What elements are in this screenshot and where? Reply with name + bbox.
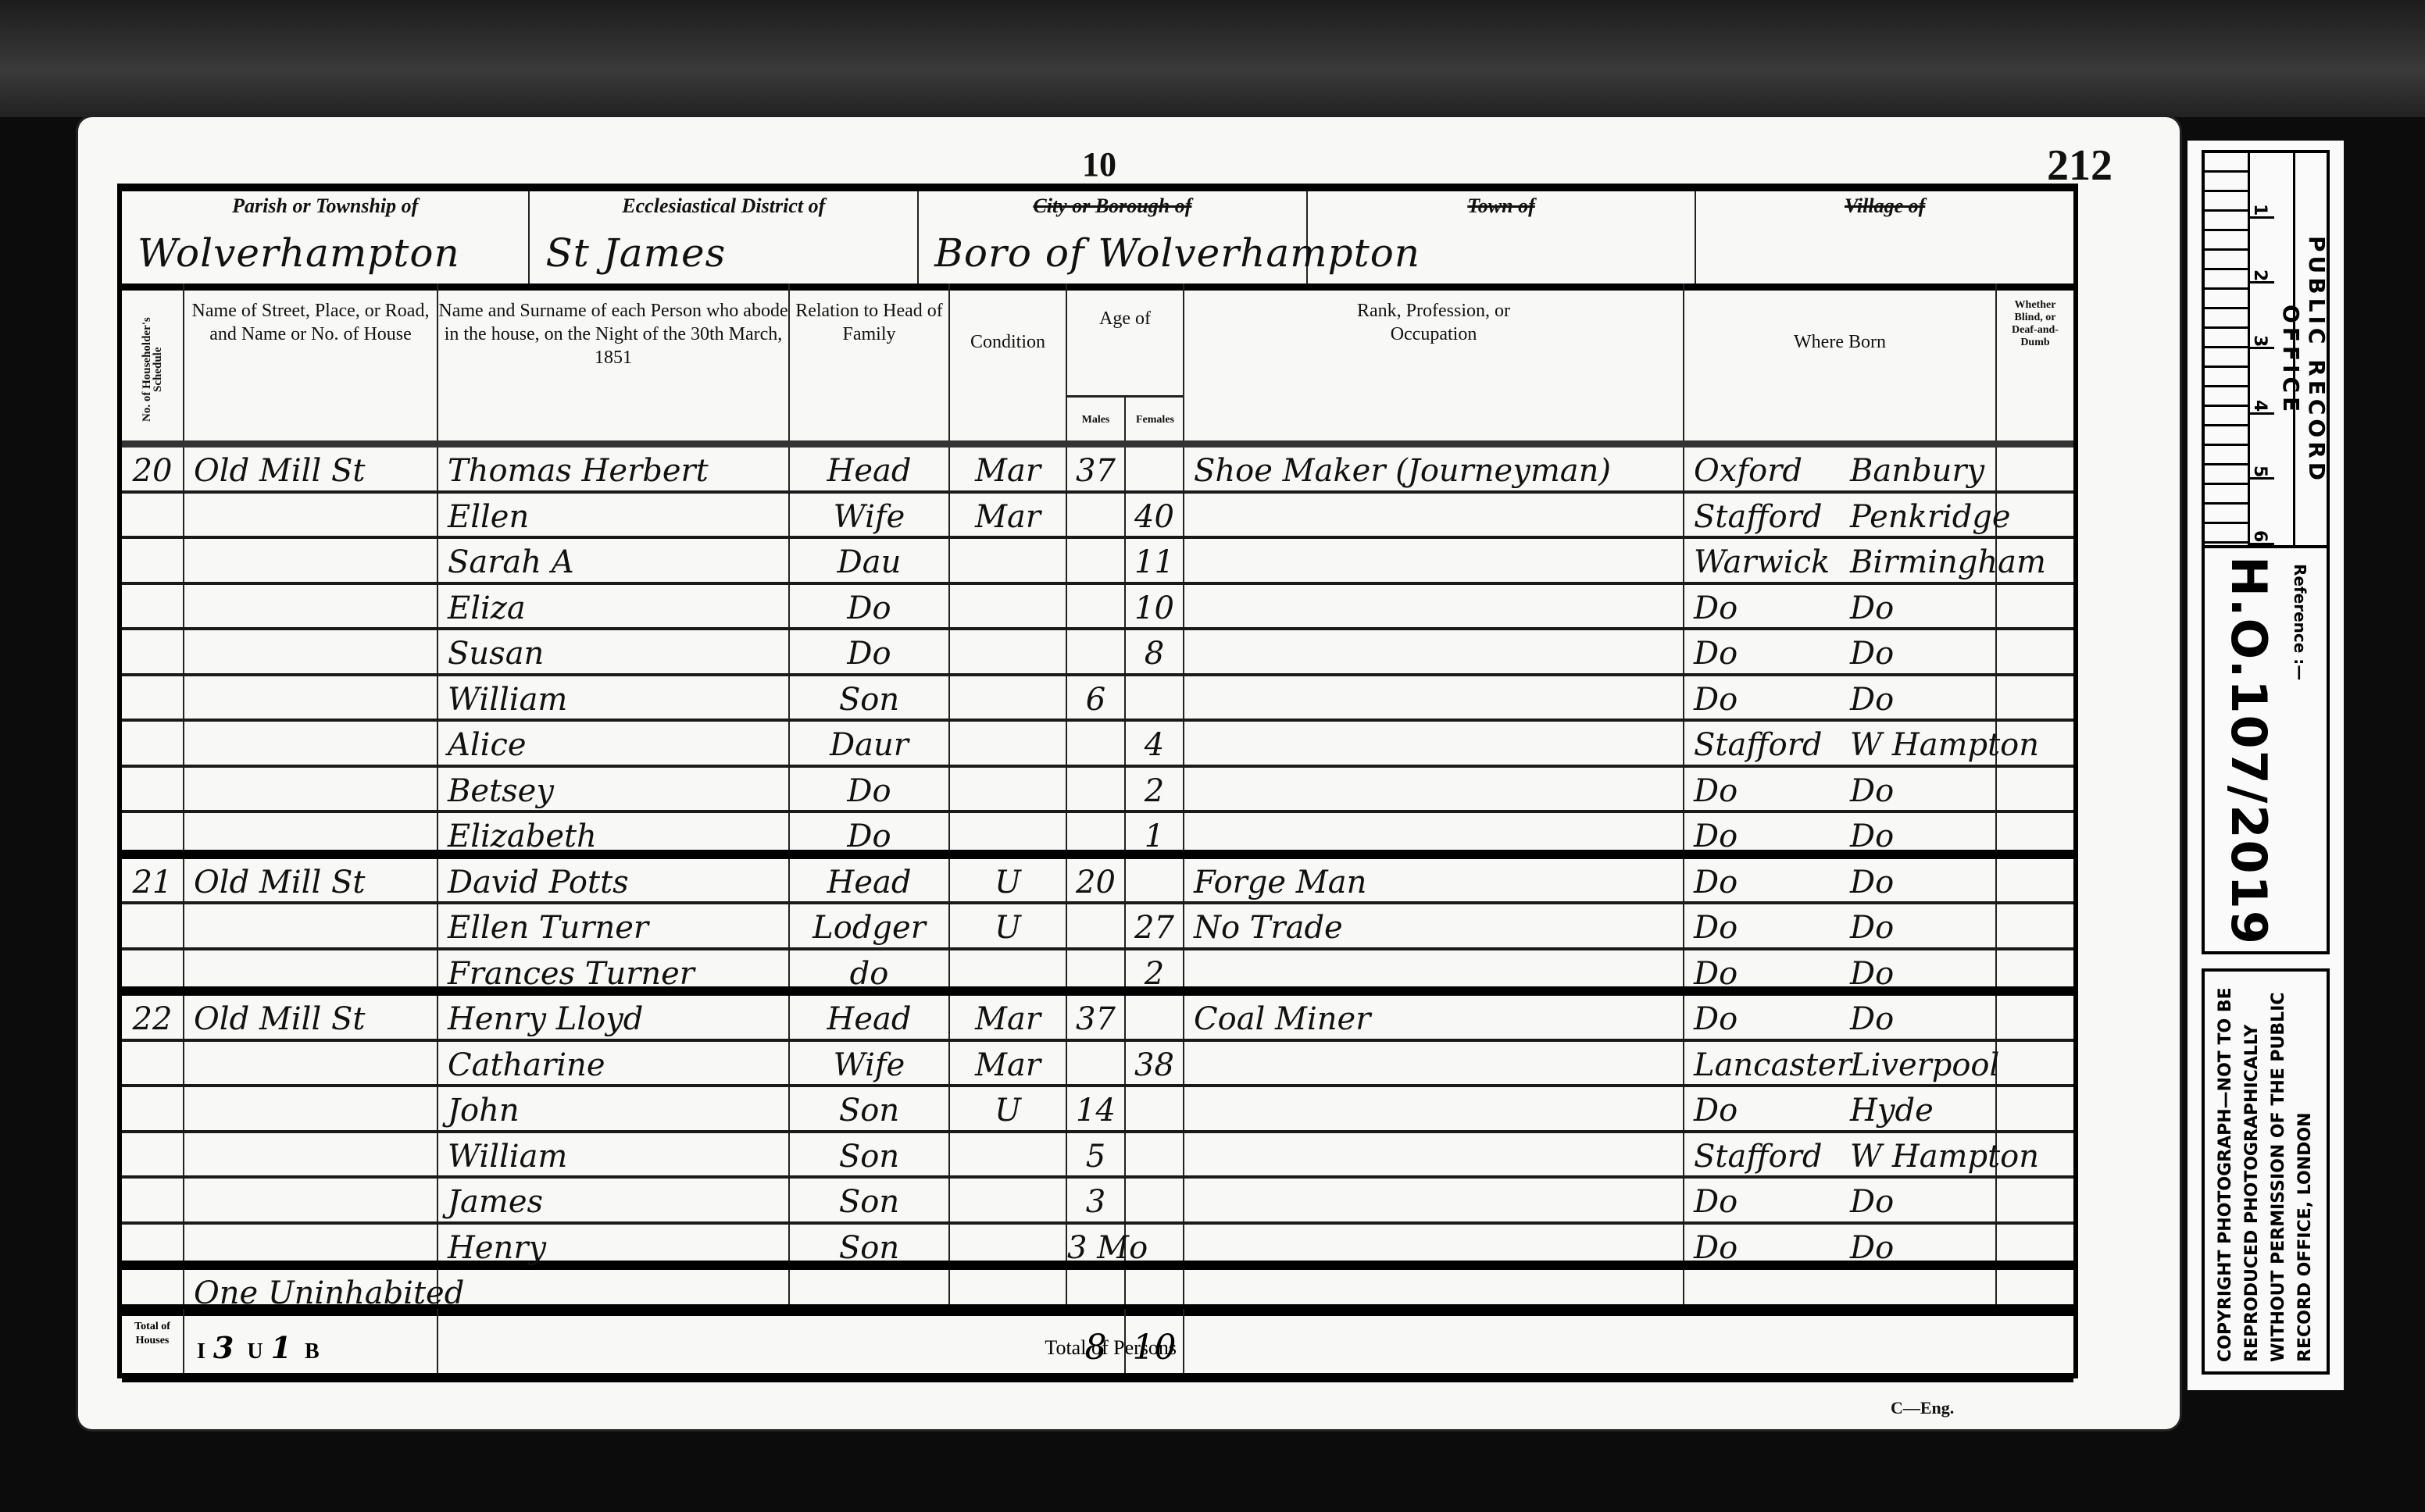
relation-cell: Son	[790, 1225, 950, 1261]
scan-background	[0, 0, 2425, 117]
age-female-cell: 2	[1126, 950, 1184, 987]
age-female-cell: 4	[1126, 722, 1184, 765]
born-county: Stafford	[1694, 1133, 1850, 1180]
born-place: Do	[1850, 865, 1894, 900]
blind-deaf-cell	[1997, 996, 2073, 1039]
blind-deaf-cell	[1997, 859, 2073, 902]
born-county: Do	[1694, 996, 1850, 1043]
occupation-cell	[1184, 950, 1684, 987]
table-row: CatharineWifeMar38LancasterLiverpool	[122, 1042, 2073, 1088]
occupation-cell	[1184, 722, 1684, 765]
born-county: Do	[1694, 676, 1850, 723]
census-rows: 20Old Mill StThomas HerbertHeadMar37Shoe…	[122, 448, 2073, 1316]
born-county: Do	[1694, 585, 1850, 632]
where-born-cell: DoDo	[1684, 996, 1997, 1039]
born-place: Do	[1850, 590, 1894, 626]
relation-cell: Head	[790, 859, 950, 902]
town-label: Town of	[1308, 194, 1695, 218]
person-name-cell: Elizabeth	[438, 813, 790, 850]
schedule-number-cell	[122, 1270, 184, 1307]
street-name-cell	[184, 630, 438, 673]
relation-cell: Wife	[790, 1042, 950, 1085]
condition-cell: Mar	[950, 1042, 1067, 1085]
born-county: Do	[1694, 1225, 1850, 1271]
table-row: ElizabethDo1DoDo	[122, 813, 2073, 859]
town-cell: Town of	[1308, 191, 1697, 283]
table-row: BetseyDo2DoDo	[122, 768, 2073, 814]
born-place: Hyde	[1850, 1093, 1934, 1129]
occupation-cell	[1184, 539, 1684, 582]
where-born-cell: DoDo	[1684, 950, 1997, 987]
ruler-cm-mark: 5	[2250, 415, 2274, 480]
schedule-number-cell	[122, 1225, 184, 1261]
where-born-cell: StaffordW Hampton	[1684, 1133, 1997, 1176]
condition-cell	[950, 950, 1067, 987]
born-county: Do	[1694, 904, 1850, 951]
table-row: 21Old Mill StDavid PottsHeadU20Forge Man…	[122, 859, 2073, 905]
blind-deaf-cell	[1997, 494, 2073, 537]
age-female-cell	[1126, 448, 1184, 490]
blind-deaf-cell	[1997, 539, 2073, 582]
age-male-cell	[1067, 904, 1126, 947]
condition-cell	[950, 813, 1067, 850]
table-row: 22Old Mill StHenry LloydHeadMar37Coal Mi…	[122, 996, 2073, 1042]
inhabited-key: I	[197, 1339, 205, 1364]
age-female-cell	[1126, 1087, 1184, 1130]
street-name-cell	[184, 1133, 438, 1176]
where-born-cell: DoDo	[1684, 859, 1997, 902]
relation-cell: Wife	[790, 494, 950, 537]
blind-deaf-cell	[1997, 1225, 2073, 1261]
schedule-number-cell	[122, 585, 184, 628]
ecclesiastical-label: Ecclesiastical District of	[530, 194, 917, 218]
person-name-cell: James	[438, 1179, 790, 1221]
schedule-number-cell	[122, 1133, 184, 1176]
street-name-cell	[184, 813, 438, 850]
person-name-cell: Susan	[438, 630, 790, 673]
table-row: ElizaDo10DoDo	[122, 585, 2073, 631]
schedule-number-cell	[122, 722, 184, 765]
where-born-cell: DoDo	[1684, 630, 1997, 673]
schedule-number-cell	[122, 950, 184, 987]
total-houses: I3 U1 B	[184, 1309, 438, 1373]
table-row: JohnSonU14DoHyde	[122, 1087, 2073, 1133]
occupation-cell	[1184, 1087, 1684, 1130]
blind-deaf-cell	[1997, 1270, 2073, 1307]
condition-cell	[950, 722, 1067, 765]
condition-cell	[950, 1133, 1067, 1176]
table-row: SusanDo8DoDo	[122, 630, 2073, 676]
blind-deaf-cell	[1997, 1042, 2073, 1085]
condition-cell	[950, 630, 1067, 673]
table-row: WilliamSon5StaffordW Hampton	[122, 1133, 2073, 1179]
inhabited-count: 3	[213, 1330, 234, 1365]
street-name-cell	[184, 722, 438, 765]
reference-box: Reference :— H.O.107/2019	[2202, 548, 2330, 954]
occupation-cell	[1184, 585, 1684, 628]
occupation-cell	[1184, 813, 1684, 850]
age-male-cell: 20	[1067, 859, 1126, 902]
total-houses-label: Total of Houses	[122, 1309, 184, 1373]
condition-cell	[950, 1225, 1067, 1261]
street-name-cell	[184, 676, 438, 719]
village-label: Village of	[1696, 194, 2073, 218]
page-number-left: 10	[1082, 144, 1116, 184]
born-place: Do	[1850, 956, 1894, 992]
age-female-cell	[1126, 996, 1184, 1039]
relation-cell: Do	[790, 768, 950, 811]
blind-deaf-cell	[1997, 630, 2073, 673]
ecclesiastical-value: St James	[545, 230, 726, 276]
street-name-cell: Old Mill St	[184, 859, 438, 902]
building-key: B	[305, 1339, 320, 1364]
person-name-cell	[438, 1270, 790, 1307]
person-name-cell: Ellen	[438, 494, 790, 537]
street-name-cell	[184, 904, 438, 947]
condition-cell	[950, 768, 1067, 811]
born-county: Do	[1694, 768, 1850, 815]
age-male-cell: 3 Mo	[1067, 1225, 1126, 1261]
street-name-cell	[184, 1179, 438, 1221]
condition-cell: U	[950, 904, 1067, 947]
archive-office-name: PUBLIC RECORD OFFICE	[2298, 177, 2330, 544]
where-born-cell: DoDo	[1684, 768, 1997, 811]
age-male-cell	[1067, 630, 1126, 673]
table-row: Ellen TurnerLodgerU27No TradeDoDo	[122, 904, 2073, 950]
condition-cell	[950, 1270, 1067, 1307]
ruler-cm-mark: 1	[2250, 153, 2274, 219]
street-name-cell: Old Mill St	[184, 996, 438, 1039]
header-schedule: No. of Householder's Schedule	[122, 283, 184, 440]
ruler-cm-mark: 6	[2250, 480, 2274, 545]
age-male-cell	[1067, 813, 1126, 850]
occupation-cell	[1184, 1270, 1684, 1307]
condition-cell: U	[950, 1087, 1067, 1130]
column-headers: No. of Householder's Schedule Name of St…	[122, 283, 2073, 448]
relation-cell: Head	[790, 996, 950, 1039]
person-name-cell: Henry	[438, 1225, 790, 1261]
header-relation: Relation to Head of Family	[790, 283, 950, 440]
born-county: Do	[1694, 1087, 1850, 1134]
age-male-cell	[1067, 722, 1126, 765]
street-name-cell: One Uninhabited	[184, 1270, 438, 1307]
person-name-cell: John	[438, 1087, 790, 1130]
age-female-cell	[1126, 1225, 1184, 1261]
age-female-cell	[1126, 676, 1184, 719]
borough-label: City or Borough of	[919, 194, 1306, 218]
header-blind-deaf: Whether Blind, or Deaf-and-Dumb	[1997, 283, 2073, 440]
occupation-cell	[1184, 494, 1684, 537]
born-place: Banbury	[1850, 453, 1984, 489]
schedule-number-cell	[122, 1179, 184, 1221]
age-male-cell	[1067, 539, 1126, 582]
table-row: WilliamSon6DoDo	[122, 676, 2073, 722]
age-female-cell	[1126, 859, 1184, 902]
born-place: Do	[1850, 682, 1894, 718]
header-age-of: Age of	[1099, 308, 1151, 329]
age-male-cell	[1067, 585, 1126, 628]
person-name-cell: Sarah A	[438, 539, 790, 582]
blind-deaf-cell	[1997, 448, 2073, 490]
where-born-cell: DoDo	[1684, 1225, 1997, 1261]
person-name-cell: David Potts	[438, 859, 790, 902]
reference-value: H.O.107/2019	[2220, 556, 2277, 946]
occupation-cell: No Trade	[1184, 904, 1684, 947]
person-name-cell: William	[438, 676, 790, 719]
schedule-number-cell	[122, 1042, 184, 1085]
person-name-cell: William	[438, 1133, 790, 1176]
copyright-notice: COPYRIGHT PHOTOGRAPH—NOT TO BE REPRODUCE…	[2212, 979, 2322, 1362]
table-row: AliceDaur4StaffordW Hampton	[122, 722, 2073, 768]
occupation-cell	[1184, 1133, 1684, 1176]
ruler-cm-mark: 2	[2250, 219, 2274, 284]
born-county: Do	[1694, 813, 1850, 860]
born-place: Do	[1850, 636, 1894, 672]
borough-cell: City or Borough of Boro of Wolverhampton	[919, 191, 1308, 283]
table-row: 20Old Mill StThomas HerbertHeadMar37Shoe…	[122, 448, 2073, 494]
age-male-cell: 14	[1067, 1087, 1126, 1130]
relation-cell: Do	[790, 630, 950, 673]
condition-cell: Mar	[950, 996, 1067, 1039]
where-born-cell: DoDo	[1684, 813, 1997, 850]
blind-deaf-cell	[1997, 1087, 2073, 1130]
person-name-cell: Ellen Turner	[438, 904, 790, 947]
person-name-cell: Catharine	[438, 1042, 790, 1085]
age-female-cell: 27	[1126, 904, 1184, 947]
header-name: Name and Surname of each Person who abod…	[438, 283, 790, 440]
age-female-cell: 40	[1126, 494, 1184, 537]
relation-cell: do	[790, 950, 950, 987]
occupation-cell	[1184, 630, 1684, 673]
age-female-cell	[1126, 1133, 1184, 1176]
born-place: Penkridge	[1850, 499, 2011, 535]
occupation-cell	[1184, 1179, 1684, 1221]
where-born-cell: StaffordW Hampton	[1684, 722, 1997, 765]
uninhabited-key: U	[247, 1339, 262, 1364]
table-row: JamesSon3DoDo	[122, 1179, 2073, 1225]
schedule-number-cell: 22	[122, 996, 184, 1039]
person-name-cell: Henry Lloyd	[438, 996, 790, 1039]
street-name-cell	[184, 1225, 438, 1261]
born-place: Do	[1850, 1230, 1894, 1266]
copyright-box: COPYRIGHT PHOTOGRAPH—NOT TO BE REPRODUCE…	[2202, 968, 2330, 1375]
form-code: C—Eng.	[1891, 1398, 1954, 1418]
place-header: Parish or Township of Wolverhampton Eccl…	[122, 191, 2073, 291]
ruler-cm-mark: 4	[2250, 349, 2274, 415]
blind-deaf-cell	[1997, 813, 2073, 850]
blind-deaf-cell	[1997, 768, 2073, 811]
relation-cell: Daur	[790, 722, 950, 765]
age-male-cell: 6	[1067, 676, 1126, 719]
age-male-cell: 5	[1067, 1133, 1126, 1176]
age-male-cell: 37	[1067, 448, 1126, 490]
occupation-cell	[1184, 768, 1684, 811]
person-name-cell: Betsey	[438, 768, 790, 811]
age-male-cell	[1067, 950, 1126, 987]
street-name-cell: Old Mill St	[184, 448, 438, 490]
born-county: Warwick	[1694, 539, 1850, 586]
totals-row: Total of Houses I3 U1 B Total of Persons…	[122, 1304, 2073, 1382]
born-place: Do	[1850, 1001, 1894, 1037]
relation-cell: Son	[790, 1087, 950, 1130]
header-age-males: Males	[1067, 395, 1126, 440]
schedule-number-cell	[122, 813, 184, 850]
where-born-cell: LancasterLiverpool	[1684, 1042, 1997, 1085]
where-born-cell: OxfordBanbury	[1684, 448, 1997, 490]
ruler-ticks	[2205, 153, 2250, 545]
age-male-cell: 3	[1067, 1179, 1126, 1221]
relation-cell: Son	[790, 1179, 950, 1221]
blind-deaf-cell	[1997, 676, 2073, 719]
where-born-cell: StaffordPenkridge	[1684, 494, 1997, 537]
person-name-cell: Thomas Herbert	[438, 448, 790, 490]
born-county: Do	[1694, 630, 1850, 677]
parish-label: Parish or Township of	[122, 194, 528, 218]
schedule-number-cell	[122, 494, 184, 537]
header-where-born: Where Born	[1684, 283, 1997, 440]
where-born-cell: DoHyde	[1684, 1087, 1997, 1130]
age-female-cell: 10	[1126, 585, 1184, 628]
occupation-cell: Forge Man	[1184, 859, 1684, 902]
blind-deaf-cell	[1997, 585, 2073, 628]
born-county: Do	[1694, 950, 1850, 997]
blind-deaf-cell	[1997, 904, 2073, 947]
street-name-cell	[184, 585, 438, 628]
where-born-cell: DoDo	[1684, 585, 1997, 628]
person-name-cell: Frances Turner	[438, 950, 790, 987]
street-name-cell	[184, 1087, 438, 1130]
ruler-cm-mark: 3	[2250, 283, 2274, 349]
blind-deaf-cell	[1997, 1179, 2073, 1221]
occupation-cell	[1184, 1042, 1684, 1085]
born-place: Do	[1850, 818, 1894, 854]
street-name-cell	[184, 494, 438, 537]
schedule-number-cell	[122, 630, 184, 673]
condition-cell	[950, 1179, 1067, 1221]
age-female-cell: 8	[1126, 630, 1184, 673]
relation-cell: Dau	[790, 539, 950, 582]
occupation-cell: Shoe Maker (Journeyman)	[1184, 448, 1684, 490]
header-age-females: Females	[1126, 395, 1184, 440]
parish-value: Wolverhampton	[137, 230, 460, 276]
relation-cell: Head	[790, 448, 950, 490]
born-county: Stafford	[1694, 722, 1850, 768]
reference-label: Reference :—	[2291, 564, 2309, 680]
blind-deaf-cell	[1997, 1133, 2073, 1176]
table-row: EllenWifeMar40StaffordPenkridge	[122, 494, 2073, 540]
condition-cell	[950, 585, 1067, 628]
schedule-number-cell: 21	[122, 859, 184, 902]
age-male-cell: 37	[1067, 996, 1126, 1039]
schedule-number-cell	[122, 904, 184, 947]
age-female-cell: 2	[1126, 768, 1184, 811]
condition-cell	[950, 676, 1067, 719]
street-name-cell	[184, 539, 438, 582]
occupation-cell: Coal Miner	[1184, 996, 1684, 1039]
where-born-cell	[1684, 1270, 1997, 1307]
archive-strip: 123456 PUBLIC RECORD OFFICE Reference :—…	[2187, 141, 2344, 1390]
header-condition: Condition	[950, 283, 1067, 440]
born-place: Liverpool	[1850, 1047, 1999, 1083]
occupation-cell	[1184, 1225, 1684, 1261]
born-county: Oxford	[1694, 448, 1850, 494]
age-female-cell	[1126, 1270, 1184, 1307]
relation-cell	[790, 1270, 950, 1307]
born-place: Do	[1850, 910, 1894, 946]
where-born-cell: DoDo	[1684, 1179, 1997, 1221]
ecclesiastical-cell: Ecclesiastical District of St James	[530, 191, 919, 283]
age-female-cell: 1	[1126, 813, 1184, 850]
schedule-number-cell	[122, 676, 184, 719]
blind-deaf-cell	[1997, 950, 2073, 987]
where-born-cell: DoDo	[1684, 676, 1997, 719]
total-females: 10	[1126, 1309, 1184, 1373]
condition-cell: Mar	[950, 448, 1067, 490]
table-row: Frances Turnerdo2DoDo	[122, 950, 2073, 997]
born-place: Do	[1850, 1184, 1894, 1220]
header-occupation: Rank, Profession, or Occupation	[1184, 283, 1684, 440]
condition-cell	[950, 539, 1067, 582]
born-county: Lancaster	[1694, 1042, 1850, 1089]
relation-cell: Do	[790, 813, 950, 850]
condition-cell: U	[950, 859, 1067, 902]
born-county: Do	[1694, 859, 1850, 906]
schedule-number-cell	[122, 768, 184, 811]
relation-cell: Son	[790, 1133, 950, 1176]
street-name-cell	[184, 768, 438, 811]
where-born-cell: DoDo	[1684, 904, 1997, 947]
census-form: Parish or Township of Wolverhampton Eccl…	[117, 184, 2078, 1378]
age-male-cell	[1067, 494, 1126, 537]
street-name-cell	[184, 1042, 438, 1085]
uninhabited-count: 1	[271, 1330, 291, 1365]
person-name-cell: Alice	[438, 722, 790, 765]
occupation-cell	[1184, 676, 1684, 719]
table-row: HenrySon3 MoDoDo	[122, 1225, 2073, 1271]
schedule-number-cell	[122, 1087, 184, 1130]
where-born-cell: WarwickBirmingham	[1684, 539, 1997, 582]
total-males: 8	[1067, 1309, 1126, 1373]
parish-cell: Parish or Township of Wolverhampton	[122, 191, 530, 283]
age-male-cell	[1067, 768, 1126, 811]
age-female-cell: 11	[1126, 539, 1184, 582]
age-male-cell	[1067, 1270, 1126, 1307]
born-place: Do	[1850, 773, 1894, 809]
born-county: Stafford	[1694, 494, 1850, 540]
header-age: Age of Males Females	[1067, 283, 1184, 440]
street-name-cell	[184, 950, 438, 987]
age-female-cell	[1126, 1179, 1184, 1221]
person-name-cell: Eliza	[438, 585, 790, 628]
relation-cell: Lodger	[790, 904, 950, 947]
born-county: Do	[1694, 1179, 1850, 1225]
relation-cell: Son	[790, 676, 950, 719]
scale-ruler: 123456 PUBLIC RECORD OFFICE	[2202, 150, 2330, 548]
table-row: Sarah ADau11WarwickBirmingham	[122, 539, 2073, 585]
schedule-number-cell: 20	[122, 448, 184, 490]
relation-cell: Do	[790, 585, 950, 628]
village-cell: Village of	[1696, 191, 2073, 283]
age-female-cell: 38	[1126, 1042, 1184, 1085]
schedule-number-cell	[122, 539, 184, 582]
header-street: Name of Street, Place, or Road, and Name…	[184, 283, 438, 440]
condition-cell: Mar	[950, 494, 1067, 537]
age-male-cell	[1067, 1042, 1126, 1085]
blind-deaf-cell	[1997, 722, 2073, 765]
